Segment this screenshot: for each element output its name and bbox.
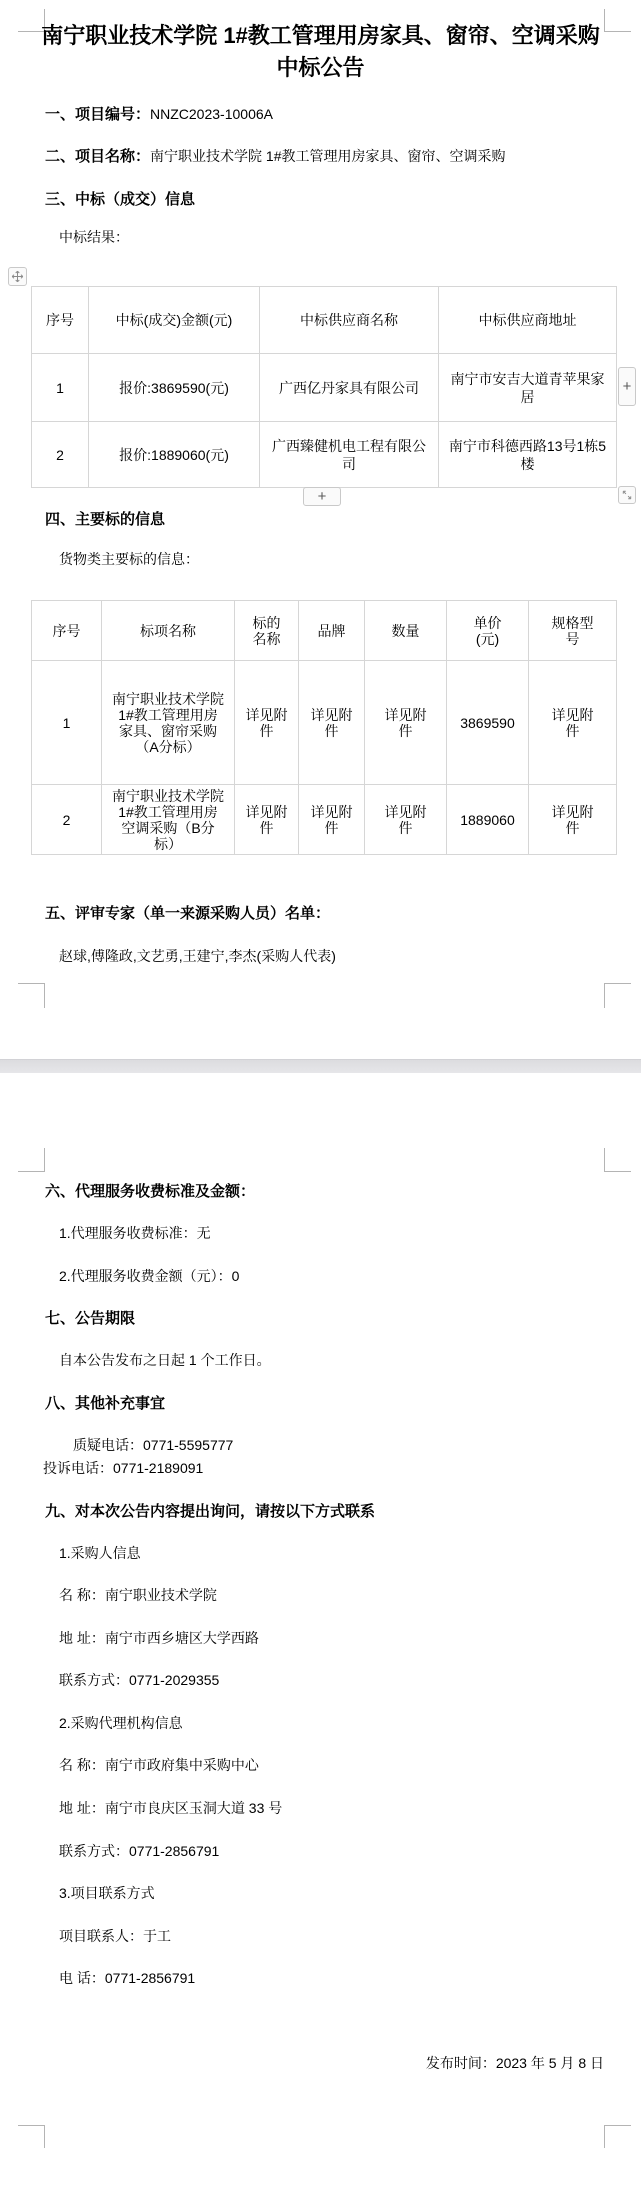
add-row-button[interactable]: +	[303, 487, 341, 506]
cell-supplier-address[interactable]: 南宁市安吉大道青苹果家居	[439, 354, 617, 422]
contact-line: 名 称：南宁市政府集中采购中心	[59, 1757, 604, 1774]
header-line: (元)	[457, 631, 518, 647]
cell-quantity[interactable]: 详见附件	[365, 661, 447, 785]
page-margin-mark	[18, 1148, 45, 1172]
cell-quantity[interactable]: 详见附件	[365, 785, 447, 855]
main-subject-table: 序号 标项名称 标的名称 品牌 数量 单价(元) 规格型号 1 南宁职业技术学院…	[31, 600, 617, 855]
contact-line: 联系方式：0771-2029355	[59, 1672, 604, 1689]
cell-spec-model[interactable]: 详见附件	[529, 661, 617, 785]
table-row: 2 报价:1889060(元) 广西臻健机电工程有限公司 南宁市科德西路13号1…	[32, 422, 617, 488]
page-break-separator	[0, 1059, 641, 1073]
header-cell-supplier-address[interactable]: 中标供应商地址	[439, 287, 617, 354]
agency-fee-amount: 2.代理服务收费金额（元）：0	[59, 1268, 604, 1285]
contact-line: 2.采购代理机构信息	[59, 1715, 604, 1732]
move-arrows-icon	[11, 270, 24, 283]
cell-unit-price[interactable]: 1889060	[447, 785, 529, 855]
section-heading-experts: 五、评审专家（单一来源采购人员）名单：	[45, 905, 604, 922]
resize-diagonal-icon	[621, 489, 633, 501]
section-heading-contact: 九、对本次公告内容提出询问，请按以下方式联系	[45, 1503, 604, 1520]
cell-brand[interactable]: 详见附件	[299, 661, 365, 785]
announcement-period-body: 自本公告发布之日起 1 个工作日。	[59, 1352, 604, 1369]
page-margin-mark	[18, 983, 45, 1008]
page-margin-mark	[604, 9, 631, 32]
agency-fee-standard: 1.代理服务收费标准：无	[59, 1225, 604, 1242]
project-number-line: 一、项目编号：NNZC2023-10006A	[45, 106, 604, 123]
add-column-button[interactable]: +	[618, 367, 636, 406]
plus-icon: +	[318, 489, 327, 504]
cell-lot-name[interactable]: 南宁职业技术学院1#教工管理用房家具、窗帘采购 （A分标）	[102, 661, 235, 785]
cell-spec-model[interactable]: 详见附件	[529, 785, 617, 855]
contact-line: 联系方式：0771-2856791	[59, 1843, 604, 1860]
page-title: 南宁职业技术学院 1#教工管理用房家具、窗帘、空调采购中标公告	[40, 20, 601, 84]
header-cell-seq[interactable]: 序号	[32, 287, 89, 354]
cell-supplier-name[interactable]: 广西臻健机电工程有限公司	[260, 422, 439, 488]
table-resize-handle[interactable]	[618, 486, 636, 504]
contact-line: 电 话：0771-2856791	[59, 1970, 604, 1987]
page-margin-mark	[604, 2125, 631, 2148]
plus-icon: +	[623, 379, 632, 394]
cell-seq[interactable]: 1	[32, 661, 102, 785]
publish-time: 发布时间：2023 年 5 月 8 日	[45, 2055, 604, 2072]
header-line: 单价	[457, 615, 518, 631]
cell-supplier-name[interactable]: 广西亿丹家具有限公司	[260, 354, 439, 422]
header-cell-seq[interactable]: 序号	[32, 601, 102, 661]
document-page-1: 南宁职业技术学院 1#教工管理用房家具、窗帘、空调采购中标公告 一、项目编号：N…	[0, 0, 641, 1059]
page-margin-mark	[604, 1148, 631, 1172]
contact-line: 地 址：南宁市良庆区玉洞大道 33 号	[59, 1800, 604, 1817]
complaint-phone-line: 投诉电话：0771-2189091	[43, 1460, 604, 1477]
query-phone-line: 质疑电话：0771-5595777	[73, 1437, 604, 1454]
header-cell-quantity[interactable]: 数量	[365, 601, 447, 661]
cell-seq[interactable]: 1	[32, 354, 89, 422]
contact-line: 名 称：南宁职业技术学院	[59, 1587, 604, 1604]
header-cell-supplier-name[interactable]: 中标供应商名称	[260, 287, 439, 354]
table-row: 1 南宁职业技术学院1#教工管理用房家具、窗帘采购 （A分标） 详见附件 详见附…	[32, 661, 617, 785]
header-line: 标的	[245, 615, 288, 631]
project-name-label: 二、项目名称：	[45, 148, 150, 165]
project-number-value: NNZC2023-10006A	[150, 106, 273, 122]
table-header-row: 序号 中标(成交)金额(元) 中标供应商名称 中标供应商地址	[32, 287, 617, 354]
header-line: 名称	[245, 631, 288, 647]
document-page-2: 六、代理服务收费标准及金额： 1.代理服务收费标准：无 2.代理服务收费金额（元…	[0, 1073, 641, 2194]
contact-line: 1.采购人信息	[59, 1545, 604, 1562]
cell-brand[interactable]: 详见附件	[299, 785, 365, 855]
contact-line: 3.项目联系方式	[59, 1885, 604, 1902]
award-result-table: 序号 中标(成交)金额(元) 中标供应商名称 中标供应商地址 1 报价:3869…	[31, 286, 617, 488]
page-margin-mark	[604, 983, 631, 1008]
contact-line: 项目联系人：于工	[59, 1928, 604, 1945]
project-number-label: 一、项目编号：	[45, 106, 150, 123]
goods-info-intro: 货物类主要标的信息：	[59, 551, 604, 568]
section-heading-award-info: 三、中标（成交）信息	[45, 191, 604, 208]
cell-lot-name[interactable]: 南宁职业技术学院1#教工管理用房空调采购（B分标）	[102, 785, 235, 855]
table-row: 1 报价:3869590(元) 广西亿丹家具有限公司 南宁市安吉大道青苹果家居	[32, 354, 617, 422]
table-move-handle[interactable]	[8, 267, 27, 286]
section-heading-agency-fee: 六、代理服务收费标准及金额：	[45, 1183, 604, 1200]
header-cell-amount[interactable]: 中标(成交)金额(元)	[89, 287, 260, 354]
cell-unit-price[interactable]: 3869590	[447, 661, 529, 785]
cell-seq[interactable]: 2	[32, 785, 102, 855]
table-header-row: 序号 标项名称 标的名称 品牌 数量 单价(元) 规格型号	[32, 601, 617, 661]
cell-target-name[interactable]: 详见附件	[235, 661, 299, 785]
cell-seq[interactable]: 2	[32, 422, 89, 488]
contact-line: 地 址：南宁市西乡塘区大学西路	[59, 1630, 604, 1647]
section-heading-announcement-period: 七、公告期限	[45, 1310, 604, 1327]
header-cell-brand[interactable]: 品牌	[299, 601, 365, 661]
page-margin-mark	[18, 2125, 45, 2148]
cell-target-name[interactable]: 详见附件	[235, 785, 299, 855]
cell-amount[interactable]: 报价:3869590(元)	[89, 354, 260, 422]
document-canvas: 南宁职业技术学院 1#教工管理用房家具、窗帘、空调采购中标公告 一、项目编号：N…	[0, 0, 641, 2194]
project-name-line: 二、项目名称：南宁职业技术学院 1#教工管理用房家具、窗帘、空调采购	[45, 148, 604, 165]
experts-list: 赵球,傅隆政,文艺勇,王建宁,李杰(采购人代表)	[59, 948, 604, 965]
cell-amount[interactable]: 报价:1889060(元)	[89, 422, 260, 488]
header-cell-target-name[interactable]: 标的名称	[235, 601, 299, 661]
header-cell-unit-price[interactable]: 单价(元)	[447, 601, 529, 661]
project-name-value: 南宁职业技术学院 1#教工管理用房家具、窗帘、空调采购	[150, 148, 505, 164]
table-row: 2 南宁职业技术学院1#教工管理用房空调采购（B分标） 详见附件 详见附件 详见…	[32, 785, 617, 855]
header-cell-lot-name[interactable]: 标项名称	[102, 601, 235, 661]
header-cell-spec-model[interactable]: 规格型号	[529, 601, 617, 661]
section-heading-main-subject: 四、主要标的信息	[45, 511, 604, 528]
section-heading-other-matters: 八、其他补充事宜	[45, 1395, 604, 1412]
cell-supplier-address[interactable]: 南宁市科德西路13号1栋5楼	[439, 422, 617, 488]
award-result-intro: 中标结果：	[59, 229, 604, 246]
